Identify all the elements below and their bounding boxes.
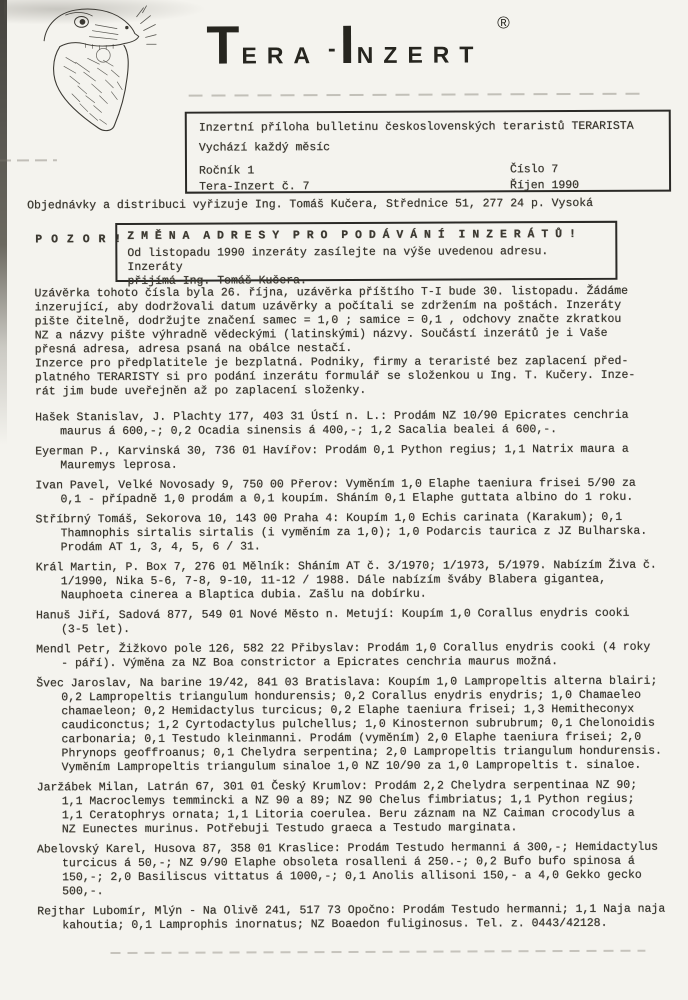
classified-ad: Švec Jaroslav, Na barine 19/42, 841 03 B… <box>36 675 684 776</box>
classified-ad: Hašek Stanislav, J. Plachty 177, 403 31 … <box>35 409 683 440</box>
volume-issue-block: Ročník 1 Tera-Inzert č. 7 <box>199 163 310 195</box>
notice-headline: Z M Ě N A A D R E S Y P R O P O D Á V Á … <box>127 228 605 244</box>
classified-ad: Eyerman P., Karvinská 30, 736 01 Havířov… <box>35 443 683 474</box>
issue-name-label: Tera-Inzert č. 7 <box>199 179 309 195</box>
title-rest-nzert: NZERT <box>357 41 484 68</box>
attention-label: P O Z O R ! <box>35 233 122 247</box>
issue-date-label: Říjen 1990 <box>510 178 579 194</box>
classified-ad: Jaržábek Milan, Latrán 67, 301 01 Český … <box>37 779 685 838</box>
registered-trademark-icon: ® <box>497 13 510 32</box>
faint-horizontal-rule <box>189 93 644 97</box>
notice-body: Od listopadu 1990 inzeráty zasílejte na … <box>127 245 605 289</box>
frequency-note: Vychází každý měsíc <box>199 140 657 156</box>
classified-ad: Abelovský Karel, Husova 87, 358 01 Krasl… <box>37 841 685 900</box>
ads-list: Hašek Stanislav, J. Plachty 177, 403 31 … <box>35 409 685 940</box>
faint-margin-dashes <box>0 159 57 161</box>
classified-ad: Ivan Pavel, Velké Novosady 9, 750 00 Pře… <box>35 477 683 508</box>
title-rest-era: ERA <box>241 42 320 68</box>
title-separator: - <box>328 35 336 62</box>
classified-ad: Král Martin, P. Box 7, 276 01 Mělník: Sh… <box>36 559 684 604</box>
classified-ad: Rejthar Lubomír, Mlýn - Na Olivě 241, 51… <box>37 903 685 934</box>
volume-label: Ročník 1 <box>199 163 309 179</box>
bottom-dashed-rule <box>110 950 645 954</box>
scanned-bulletin-page: TERA-INZERT® Inzertní příloha bulletinu … <box>0 0 688 1000</box>
number-date-block: Číslo 7 Říjen 1990 <box>510 162 579 194</box>
bulletin-subtitle: Inzertní příloha bulletinu československ… <box>199 120 657 136</box>
title-initial-t: T <box>206 15 241 75</box>
bulletin-title: TERA-INZERT® <box>206 13 510 76</box>
address-change-notice-box: Z M Ě N A A D R E S Y P R O P O D Á V Á … <box>115 221 617 282</box>
classified-ad: Mendl Petr, Žižkovo pole 126, 582 22 Při… <box>36 641 684 672</box>
editorial-intro-paragraph: Uzávěrka tohoto čísla byla 26. října, uz… <box>35 285 680 400</box>
classified-ad: Stříbrný Tomáš, Sekorova 10, 143 00 Prah… <box>35 511 683 556</box>
issue-number-label: Číslo 7 <box>510 162 579 178</box>
classified-ad: Hanuš Jiří, Sadová 877, 549 01 Nové Měst… <box>36 607 684 638</box>
lizard-sketch-illustration <box>24 3 157 142</box>
title-initial-i: I <box>340 15 357 75</box>
masthead-info-box: Inzertní příloha bulletinu československ… <box>185 110 671 194</box>
distribution-line: Objednávky a distribuci vyřizuje Ing. To… <box>27 197 677 214</box>
